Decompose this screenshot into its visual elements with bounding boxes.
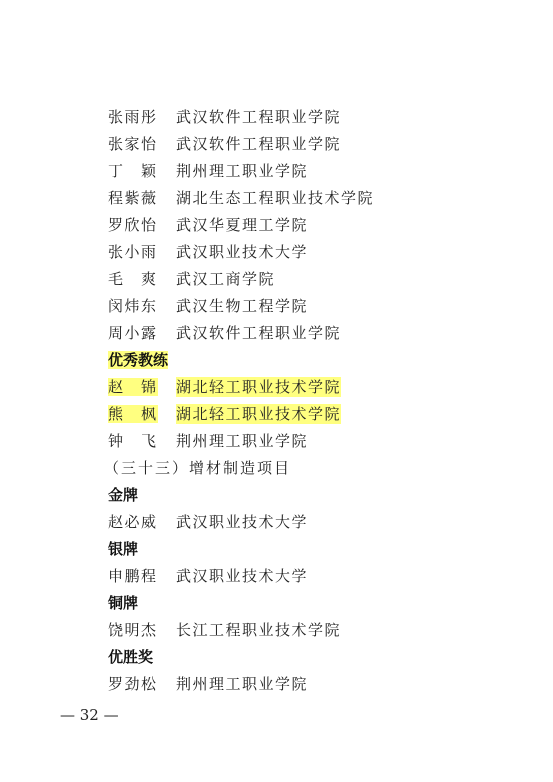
award-heading-coach: 优秀教练 [108,350,168,370]
institution: 武汉软件工程职业学院 [176,107,341,127]
institution: 荆州理工职业学院 [176,161,308,181]
institution: 武汉软件工程职业学院 [176,323,341,343]
person-name: 毛 爽 [108,269,176,289]
institution: 武汉生物工程学院 [176,296,308,316]
person-name: 张小雨 [108,242,176,262]
person-name: 张雨彤 [108,107,176,127]
coach-row: 钟 飞荆州理工职业学院 [108,431,308,451]
institution: 长江工程职业技术学院 [176,620,341,640]
person-name: 申鹏程 [108,566,176,586]
person-name: 熊 枫 [108,405,158,423]
coach-row: 赵 锦湖北轻工职业技术学院 [108,377,341,397]
institution: 湖北轻工职业技术学院 [176,377,341,397]
institution: 武汉软件工程职业学院 [176,134,341,154]
person-name: 张家怡 [108,134,176,154]
institution: 荆州理工职业学院 [176,431,308,451]
entry-row: 程紫薇湖北生态工程职业技术学院 [108,188,374,208]
institution: 武汉华夏理工学院 [176,215,308,235]
person-name: 赵必威 [108,512,176,532]
person-name: 罗劲松 [108,674,176,694]
person-name: 赵 锦 [108,378,158,396]
institution: 湖北轻工职业技术学院 [176,404,341,424]
entry-row: 罗劲松荆州理工职业学院 [108,674,308,694]
entry-row: 赵必威武汉职业技术大学 [108,512,308,532]
entry-row: 饶明杰长江工程职业技术学院 [108,620,341,640]
coach-row: 熊 枫湖北轻工职业技术学院 [108,404,341,424]
entry-row: 申鹏程武汉职业技术大学 [108,566,308,586]
person-name: 饶明杰 [108,620,176,640]
award-heading-gold: 金牌 [108,485,138,505]
entry-row: 毛 爽武汉工商学院 [108,269,275,289]
institution: 武汉职业技术大学 [176,242,308,262]
entry-row: 周小露武汉软件工程职业学院 [108,323,341,343]
institution: 湖北生态工程职业技术学院 [176,188,374,208]
person-name: 闵炜东 [108,296,176,316]
person-name: 钟 飞 [108,431,176,451]
institution: 武汉工商学院 [176,269,275,289]
award-heading-merit: 优胜奖 [108,647,153,667]
person-name: 周小露 [108,323,176,343]
person-name: 程紫薇 [108,188,176,208]
entry-row: 闵炜东武汉生物工程学院 [108,296,308,316]
award-heading-bronze: 铜牌 [108,593,138,613]
award-heading-silver: 银牌 [108,539,138,559]
institution: 武汉职业技术大学 [176,566,308,586]
entry-row: 丁 颖荆州理工职业学院 [108,161,308,181]
institution: 荆州理工职业学院 [176,674,308,694]
section-title: （三十三）增材制造项目 [104,458,291,478]
person-name: 罗欣怡 [108,215,176,235]
entry-row: 张雨彤武汉软件工程职业学院 [108,107,341,127]
page-number: — 32 — [60,706,119,724]
entry-row: 张家怡武汉软件工程职业学院 [108,134,341,154]
entry-row: 罗欣怡武汉华夏理工学院 [108,215,308,235]
institution: 武汉职业技术大学 [176,512,308,532]
entry-row: 张小雨武汉职业技术大学 [108,242,308,262]
person-name: 丁 颖 [108,161,176,181]
